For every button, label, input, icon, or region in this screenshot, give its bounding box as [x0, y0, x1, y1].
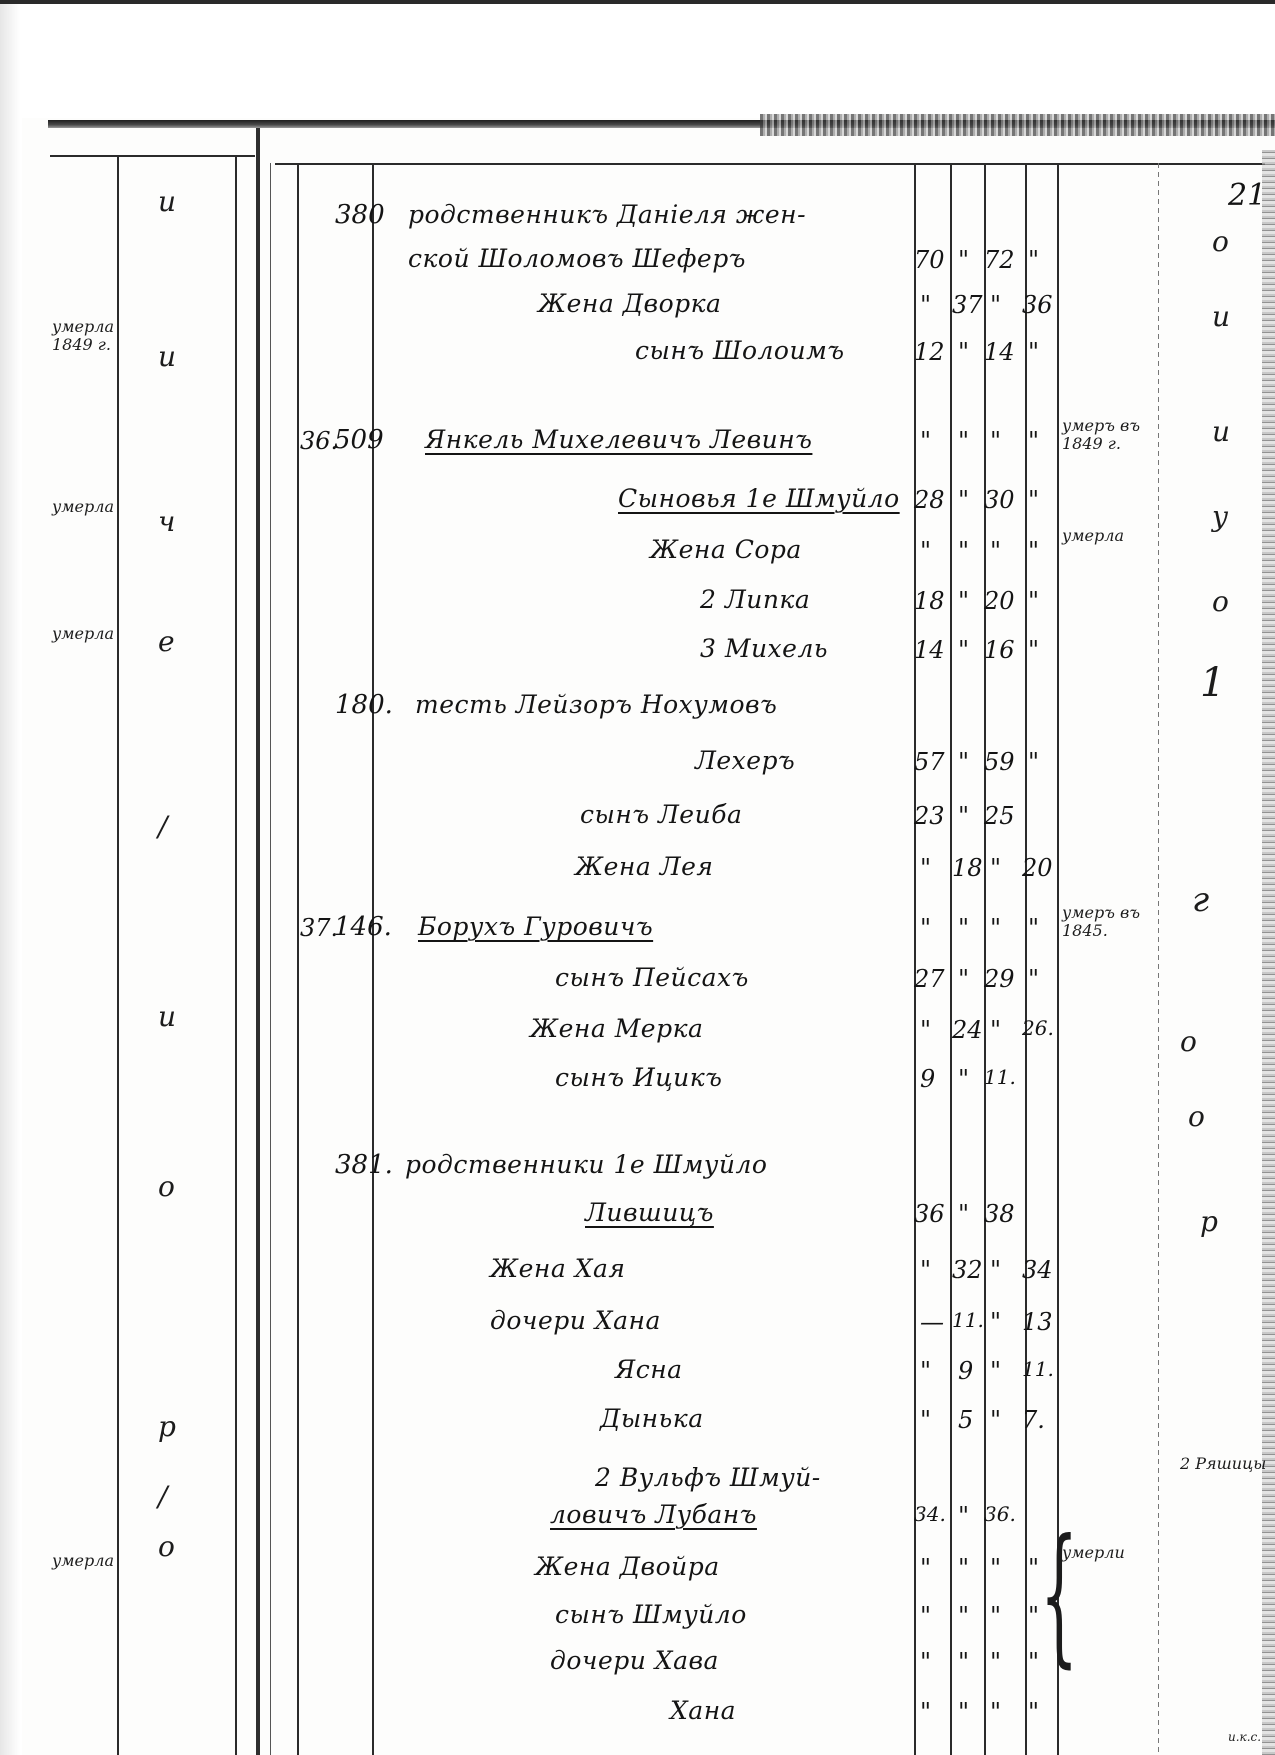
- family-number: 36.: [300, 427, 338, 455]
- entry-name-text: Лившицъ: [585, 1198, 714, 1227]
- age-age-prev-f: ": [958, 802, 969, 830]
- age-age-now-m: ": [990, 914, 1001, 942]
- age-age-prev-m: ": [920, 1256, 931, 1284]
- page-number: 21: [1228, 178, 1266, 213]
- age-age-prev-f: 37: [952, 291, 983, 319]
- age-age-prev-f: ": [958, 1502, 969, 1530]
- age-age-now-m: 14: [984, 338, 1015, 366]
- column-rule-family-no: [297, 163, 299, 1755]
- entry-name-text: 3 Михель: [700, 634, 828, 663]
- age-age-prev-f: ": [958, 1200, 969, 1228]
- age-age-prev-f: ": [958, 1602, 969, 1630]
- age-age-now-m: ": [990, 1308, 1001, 1336]
- age-age-prev-m: ": [920, 914, 931, 942]
- household-number: 180.: [335, 690, 393, 720]
- age-age-now-m: 72: [984, 246, 1015, 274]
- age-age-prev-f: ": [958, 486, 969, 514]
- left-vertical-mark: и: [158, 185, 176, 218]
- entry-name-text: 2 Вульфъ Шмуй-: [595, 1463, 821, 1492]
- age-age-now-f: ": [1028, 246, 1039, 274]
- age-age-now-m: ": [990, 1554, 1001, 1582]
- age-age-prev-m: 57: [914, 748, 945, 776]
- household-number: 381.: [335, 1150, 393, 1180]
- age-age-prev-f: 9: [958, 1357, 973, 1385]
- scan-shadow-left: [0, 0, 20, 1755]
- age-age-prev-f: 24: [952, 1016, 983, 1044]
- age-age-prev-m: ": [920, 1602, 931, 1630]
- age-age-prev-f: ": [958, 1648, 969, 1676]
- entry-name-text: сынъ Пейсахъ: [555, 963, 749, 992]
- age-age-prev-m: 14: [914, 636, 945, 664]
- age-age-prev-m: ": [920, 1648, 931, 1676]
- entry-name-text: Сыновья 1е Шмуйло: [618, 484, 900, 513]
- left-margin-note: умерла 1849 г.: [52, 318, 122, 354]
- age-age-prev-m: 36: [914, 1200, 945, 1228]
- age-age-now-m: 20: [984, 587, 1015, 615]
- left-margin-note: умерла: [52, 625, 114, 643]
- column-rule-family-no: [270, 163, 271, 1755]
- age-age-now-f: 11.: [1022, 1357, 1054, 1381]
- age-age-prev-f: ": [958, 427, 969, 455]
- entry-name-text: родственникъ Даніеля жен-: [408, 200, 806, 229]
- column-rule-margin: [1158, 163, 1159, 1755]
- left-vertical-mark: и: [158, 1000, 176, 1033]
- household-number: 509: [334, 425, 384, 455]
- entry-name-text: 2 Липка: [700, 585, 810, 614]
- column-rule-age-prev-f: [950, 163, 952, 1755]
- age-age-prev-f: ": [958, 338, 969, 366]
- left-page-column-rule: [117, 155, 119, 1755]
- entry-name-text: Жена Мерка: [530, 1014, 703, 1043]
- age-age-prev-m: 18: [914, 587, 945, 615]
- left-vertical-mark: /: [158, 810, 167, 843]
- age-age-prev-m: ": [920, 854, 931, 882]
- age-age-now-m: ": [990, 1016, 1001, 1044]
- book-spine: [256, 128, 260, 1755]
- age-age-prev-f: ": [958, 636, 969, 664]
- age-age-now-f: ": [1028, 1648, 1039, 1676]
- entry-name-text: Лехеръ: [695, 746, 795, 775]
- corner-mark: и.к.с.: [1228, 1728, 1261, 1746]
- entry-name-text: дочери Хава: [550, 1646, 719, 1675]
- age-age-prev-m: 12: [914, 338, 945, 366]
- entry-name-text: ловичъ Лубанъ: [550, 1500, 757, 1529]
- age-age-now-m: ": [990, 1648, 1001, 1676]
- age-age-now-f: 26.: [1022, 1016, 1054, 1040]
- age-age-prev-f: 18: [952, 854, 983, 882]
- scan-top-edge: [0, 0, 1275, 4]
- left-margin-note: умерла: [52, 1552, 114, 1570]
- age-age-now-f: ": [1028, 1698, 1039, 1726]
- entry-name-text: Жена Лея: [575, 852, 713, 881]
- left-vertical-mark: е: [158, 625, 175, 658]
- entry-name-text: Жена Хая: [490, 1254, 625, 1283]
- age-age-now-m: 16: [984, 636, 1015, 664]
- left-page-column-rule: [235, 155, 237, 1755]
- age-age-now-f: 36: [1022, 291, 1053, 319]
- entry-name-text: Дынька: [600, 1404, 704, 1433]
- left-vertical-mark: о: [158, 1530, 175, 1563]
- left-vertical-mark: о: [158, 1170, 175, 1203]
- age-age-prev-m: ": [920, 1698, 931, 1726]
- age-age-prev-f: ": [958, 246, 969, 274]
- right-vertical-mark: 1: [1200, 660, 1225, 706]
- family-number: 37.: [300, 914, 338, 942]
- entry-name-text: сынъ Шолоимъ: [635, 336, 844, 365]
- column-rule-household-no: [372, 163, 374, 1755]
- age-age-now-f: ": [1028, 338, 1039, 366]
- age-age-prev-f: ": [958, 587, 969, 615]
- entry-name-text: дочери Хана: [490, 1306, 661, 1335]
- age-age-now-f: 13: [1022, 1308, 1053, 1336]
- age-age-prev-f: ": [958, 748, 969, 776]
- age-age-prev-f: ": [958, 965, 969, 993]
- entry-name-text: Хана: [670, 1696, 736, 1725]
- age-age-now-m: 11.: [984, 1065, 1016, 1089]
- household-number: 146.: [334, 912, 392, 942]
- age-age-prev-f: ": [958, 1065, 969, 1093]
- age-age-now-f: ": [1028, 636, 1039, 664]
- age-age-now-f: ": [1028, 1554, 1039, 1582]
- entry-name-text: сынъ Леиба: [580, 800, 742, 829]
- remark-note: 2 Ряшицы: [1180, 1455, 1275, 1473]
- age-age-now-m: ": [990, 537, 1001, 565]
- right-vertical-mark: о: [1180, 1025, 1197, 1058]
- age-age-prev-f: ": [958, 1698, 969, 1726]
- age-age-now-f: ": [1028, 486, 1039, 514]
- age-age-now-m: ": [990, 427, 1001, 455]
- left-vertical-mark: и: [158, 340, 176, 373]
- left-vertical-mark: /: [158, 1480, 167, 1513]
- age-age-prev-f: 11.: [952, 1308, 984, 1332]
- age-age-now-f: ": [1028, 587, 1039, 615]
- entry-name-text: Борухъ Гуровичъ: [418, 912, 653, 941]
- entry-name-text: сынъ Шмуйло: [555, 1600, 747, 1629]
- column-rule-age-now-f: [1025, 163, 1027, 1755]
- age-age-now-m: ": [990, 854, 1001, 882]
- entry-name-text: Ясна: [615, 1355, 683, 1384]
- household-number: 380: [335, 200, 385, 230]
- age-age-now-f: ": [1028, 1602, 1039, 1630]
- age-age-now-m: 29: [984, 965, 1015, 993]
- age-age-now-m: ": [990, 1698, 1001, 1726]
- right-vertical-mark: р: [1200, 1205, 1218, 1238]
- age-age-now-f: 7.: [1022, 1406, 1045, 1434]
- age-age-now-m: 25: [984, 802, 1015, 830]
- age-age-now-m: ": [990, 1406, 1001, 1434]
- age-age-prev-f: 32: [952, 1256, 983, 1284]
- entry-name-text: Жена Сора: [650, 535, 802, 564]
- age-age-prev-f: 5: [958, 1406, 973, 1434]
- age-age-now-m: ": [990, 1357, 1001, 1385]
- remark-note: умерла: [1062, 527, 1157, 545]
- age-age-now-m: 30: [984, 486, 1015, 514]
- age-age-now-f: ": [1028, 914, 1039, 942]
- left-margin-note: умерла: [52, 498, 114, 516]
- book-top-edge-texture: [760, 114, 1275, 136]
- age-age-prev-m: ": [920, 1357, 931, 1385]
- age-age-prev-f: ": [958, 914, 969, 942]
- age-age-prev-m: —: [920, 1308, 944, 1336]
- entry-name-text: родственники 1е Шмуйло: [405, 1150, 767, 1179]
- entry-name-text: сынъ Ицикъ: [555, 1063, 722, 1092]
- age-age-prev-m: ": [920, 1406, 931, 1434]
- age-age-now-f: ": [1028, 748, 1039, 776]
- age-age-now-m: 36.: [984, 1502, 1016, 1526]
- age-age-now-m: ": [990, 1602, 1001, 1630]
- age-age-now-f: ": [1028, 965, 1039, 993]
- age-age-prev-m: ": [920, 427, 931, 455]
- right-vertical-mark: о: [1212, 225, 1229, 258]
- remark-note: умеръ въ 1849 г.: [1062, 417, 1157, 453]
- age-age-prev-m: 28: [914, 486, 945, 514]
- age-age-prev-f: ": [958, 537, 969, 565]
- age-age-now-f: 20: [1022, 854, 1053, 882]
- right-vertical-mark: у: [1212, 500, 1228, 533]
- age-age-prev-m: ": [920, 1554, 931, 1582]
- book-right-edge: [1262, 150, 1275, 1755]
- right-vertical-mark: и: [1212, 300, 1230, 333]
- right-vertical-mark: о: [1188, 1100, 1205, 1133]
- entry-name-text: ской Шоломовъ Шеферъ: [408, 244, 746, 273]
- age-age-prev-m: ": [920, 537, 931, 565]
- age-age-now-f: 34: [1022, 1256, 1053, 1284]
- right-vertical-mark: о: [1212, 585, 1229, 618]
- age-age-prev-m: 9: [920, 1065, 935, 1093]
- left-page-header-rule: [50, 155, 255, 157]
- left-vertical-mark: ч: [158, 505, 175, 538]
- left-vertical-mark: р: [158, 1410, 176, 1443]
- right-page-header-rule: [275, 163, 1265, 165]
- age-age-now-m: ": [990, 291, 1001, 319]
- entry-name-text: Янкель Михелевичъ Левинъ: [425, 425, 812, 454]
- right-vertical-mark: г: [1192, 880, 1209, 920]
- age-age-prev-f: ": [958, 1554, 969, 1582]
- age-age-prev-m: ": [920, 1016, 931, 1044]
- entry-name-text: тесть Лейзоръ Нохумовъ: [415, 690, 777, 719]
- age-age-now-f: ": [1028, 427, 1039, 455]
- entry-name-text: Жена Двойра: [535, 1552, 720, 1581]
- age-age-prev-m: 34.: [914, 1502, 946, 1526]
- age-age-prev-m: ": [920, 291, 931, 319]
- age-age-now-m: ": [990, 1256, 1001, 1284]
- entry-name-text: Жена Дворка: [538, 289, 721, 318]
- age-age-prev-m: 70: [914, 246, 945, 274]
- age-age-prev-m: 23: [914, 802, 945, 830]
- age-age-now-f: ": [1028, 537, 1039, 565]
- age-age-now-m: 38: [984, 1200, 1015, 1228]
- age-age-now-m: 59: [984, 748, 1015, 776]
- age-age-prev-m: 27: [914, 965, 945, 993]
- right-vertical-mark: и: [1212, 415, 1230, 448]
- brace-deceased-group: {: [1040, 1520, 1078, 1670]
- remark-note: умеръ въ 1845.: [1062, 904, 1157, 940]
